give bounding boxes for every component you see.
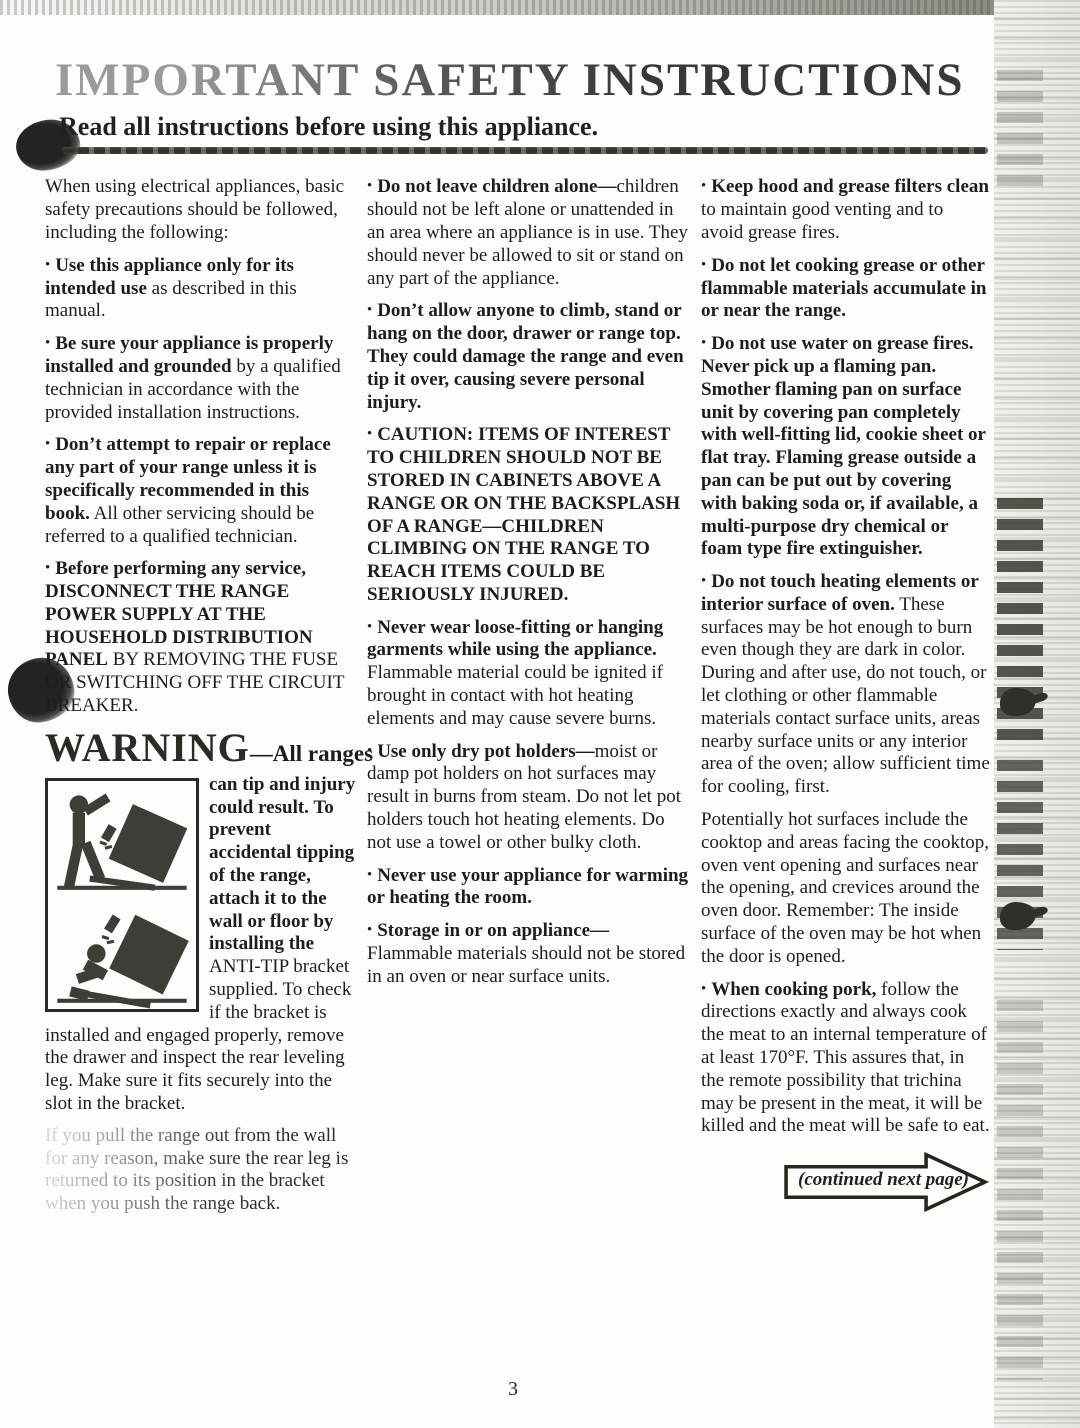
bullet-icon: •: [701, 335, 706, 351]
header-divider: [62, 147, 988, 154]
text-run: Do not use water on grease fires. Never …: [701, 333, 986, 559]
text-run: These surfaces may be hot enough to burn…: [701, 594, 990, 797]
text-run: Use only dry pot holders—: [377, 741, 594, 762]
bullet-icon: •: [701, 178, 706, 194]
text-run: Storage in or on appliance—: [377, 920, 609, 941]
safety-bullet-item: •Do not use water on grease fires. Never…: [701, 333, 990, 561]
safety-bullet-item: •Storage in or on appliance—Flammable ma…: [367, 920, 691, 988]
safety-bullet-item: •Never wear loose-fitting or hanging gar…: [367, 617, 691, 731]
warning-section: WARNING—All ranges: [45, 728, 357, 1216]
continued-label: (continued next page): [798, 1169, 948, 1192]
page-subtitle: Read all instructions before using this …: [59, 113, 990, 142]
safety-paragraph: When using electrical appliances, basic …: [45, 176, 357, 244]
text-run: Do not leave children alone—: [377, 176, 616, 197]
bullet-icon: •: [701, 257, 706, 273]
safety-bullet-item: •Be sure your appliance is properly inst…: [45, 333, 357, 424]
bullet-icon: •: [701, 573, 706, 589]
text-run: Do not let cooking grease or other flamm…: [701, 255, 986, 322]
text-run: to maintain good venting and to avoid gr…: [701, 199, 943, 243]
bullet-icon: •: [367, 743, 372, 759]
safety-bullet-item: •Don’t attempt to repair or replace any …: [45, 434, 357, 548]
text-run: Flammable material could be ignited if b…: [367, 662, 663, 729]
safety-bullet-item: •Do not touch heating elements or interi…: [701, 571, 990, 799]
columns: When using electrical appliances, basic …: [45, 176, 990, 1226]
bullet-icon: •: [367, 302, 372, 318]
warning-title-row: WARNING—All ranges: [45, 728, 357, 768]
bullet-icon: •: [701, 981, 706, 997]
column-right: •Keep hood and grease filters clean to m…: [701, 176, 990, 1226]
text-run: Never wear loose-fitting or hanging garm…: [367, 617, 663, 661]
bullet-icon: •: [367, 922, 372, 938]
text-run: follow the directions exactly and always…: [701, 979, 990, 1137]
column-left-items: When using electrical appliances, basic …: [45, 176, 357, 718]
safety-bullet-item: •Never use your appliance for warming or…: [367, 865, 691, 911]
bullet-icon: •: [367, 426, 372, 442]
safety-paragraph: Potentially hot surfaces include the coo…: [701, 809, 990, 969]
bleedthrough-band: [997, 70, 1043, 190]
bullet-icon: •: [367, 867, 372, 883]
text-run: Keep hood and grease filters clean: [711, 176, 989, 197]
range-tipping-pictogram: [45, 778, 199, 1012]
column-middle-items: •Do not leave children alone—children sh…: [367, 176, 691, 988]
warning-title: WARNING: [45, 725, 250, 770]
scan-binding-strip: [994, 0, 1080, 1428]
bleedthrough-band: [997, 1000, 1043, 1380]
column-left: When using electrical appliances, basic …: [45, 176, 357, 1226]
text-run: Flammable materials should not be stored…: [367, 943, 685, 987]
text-run: When cooking pork,: [711, 979, 876, 1000]
safety-bullet-item: •Use this appliance only for its intende…: [45, 255, 357, 323]
warning-body: can tip and injury could result. To prev…: [45, 774, 357, 1116]
continued-next-page-arrow: (continued next page): [782, 1150, 990, 1214]
safety-bullet-item: •CAUTION: ITEMS OF INTEREST TO CHILDREN …: [367, 424, 691, 606]
safety-bullet-item: •Before performing any service, DISCONNE…: [45, 558, 357, 718]
text-run: Potentially hot surfaces include the coo…: [701, 809, 989, 967]
page-number: 3: [508, 1378, 518, 1401]
text-run: When using electrical appliances, basic …: [45, 176, 344, 243]
safety-bullet-item: •Do not let cooking grease or other flam…: [701, 255, 990, 323]
safety-bullet-item: •When cooking pork, follow the direction…: [701, 979, 990, 1139]
text-run: Don’t allow anyone to climb, stand or ha…: [367, 300, 684, 412]
bullet-icon: •: [45, 257, 50, 273]
bullet-icon: •: [45, 560, 50, 576]
page-content: IMPORTANT SAFETY INSTRUCTIONS Read all i…: [45, 55, 990, 1226]
column-right-items: •Keep hood and grease filters clean to m…: [701, 176, 990, 1138]
safety-bullet-item: •Keep hood and grease filters clean to m…: [701, 176, 990, 244]
safety-bullet-item: •Do not leave children alone—children sh…: [367, 176, 691, 290]
text-run: can tip and injury could result. To prev…: [209, 774, 355, 955]
warning-title-suffix: —All ranges: [250, 741, 373, 766]
bullet-icon: •: [45, 436, 50, 452]
bullet-icon: •: [367, 619, 372, 635]
column-middle: •Do not leave children alone—children sh…: [367, 176, 691, 1226]
bullet-icon: •: [45, 335, 50, 351]
page-title: IMPORTANT SAFETY INSTRUCTIONS: [55, 55, 990, 106]
scan-edge-top: [0, 0, 1080, 15]
warning-faded-paragraph: If you pull the range out from the wall …: [45, 1125, 357, 1216]
text-run: Never use your appliance for warming or …: [367, 865, 688, 909]
safety-bullet-item: •Don’t allow anyone to climb, stand or h…: [367, 300, 691, 414]
text-run: CAUTION: ITEMS OF INTEREST TO CHILDREN S…: [367, 424, 680, 605]
manual-page: IMPORTANT SAFETY INSTRUCTIONS Read all i…: [0, 0, 1080, 1428]
bullet-icon: •: [367, 178, 372, 194]
safety-bullet-item: •Use only dry pot holders—moist or damp …: [367, 741, 691, 855]
